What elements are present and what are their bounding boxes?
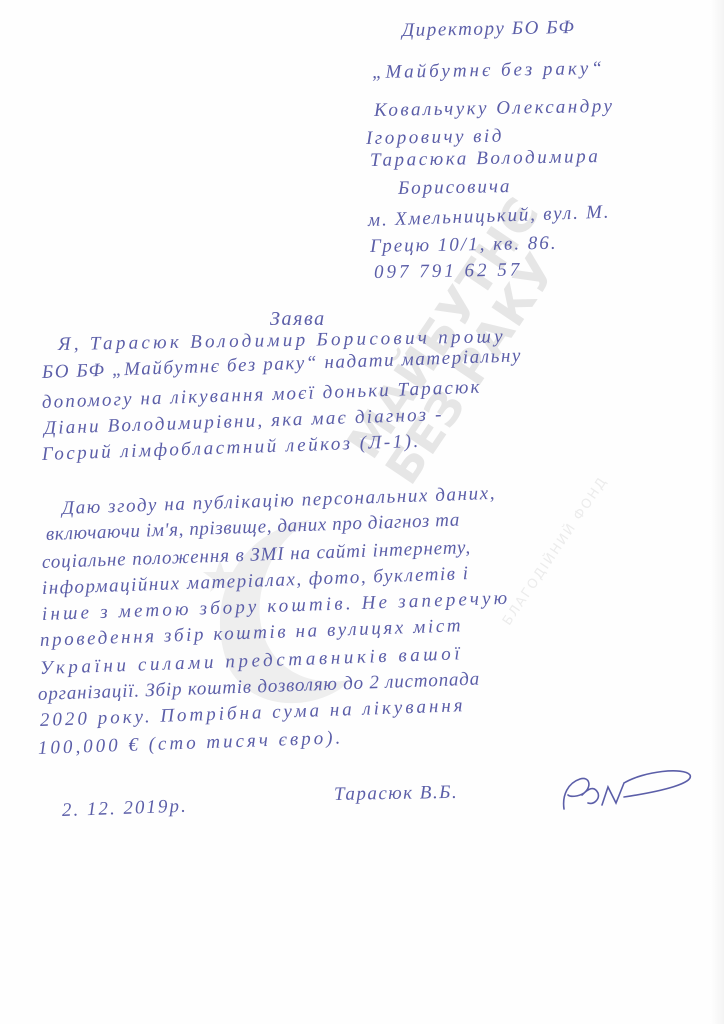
addressee-line: Грецю 10/1, кв. 86. [370,233,558,258]
phone-number: 097 791 62 57 [374,259,523,284]
addressee-line: Тарасюка Володимира [370,146,601,172]
signature-name: Тарасюк В.Б. [334,782,459,806]
addressee-line: „Майбутнє без раку“ [372,58,605,84]
addressee-line: Директору БО БФ [402,17,576,42]
paragraph2-line: 100,000 € (сто тисяч євро). [38,727,344,760]
watermark-subtitle: БЛАГОДІЙНИЙ ФОНД [500,474,611,628]
addressee-line: Ігоровичу від [366,126,504,150]
addressee-line: м. Хмельницький, вул. М. [368,202,611,232]
scanned-letter-page: МАЙБУТНЄ БЕЗ РАКУ БЛАГОДІЙНИЙ ФОНД Дирек… [0,0,724,1024]
addressee-line: Ковальчуку Олександру [374,96,615,122]
signature-mark-icon [554,765,694,815]
document-title: Заява [270,308,326,331]
scan-edge-shadow [710,0,724,1024]
addressee-line: Борисовича [398,176,512,200]
document-date: 2. 12. 2019р. [62,796,188,822]
